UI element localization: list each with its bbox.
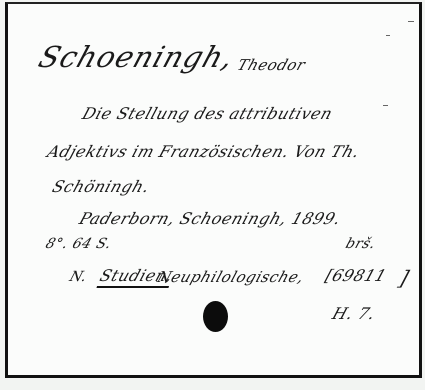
imprint: Paderborn, Schoeningh, 1899. (77, 209, 344, 228)
call-number-bracket: ] (396, 266, 412, 290)
volume-number: H. 7. (330, 304, 378, 323)
speck-mark (386, 35, 390, 36)
catalog-card: Schoeningh, Theodor Die Stellung des att… (5, 2, 422, 378)
call-number: [69811 (323, 266, 389, 285)
punch-hole (203, 301, 228, 332)
title-line-1: Die Stellung des attributiven (80, 104, 335, 123)
series-qualifier: Neuphilologische, (155, 268, 307, 286)
author-surname: Schoeningh, (34, 40, 239, 74)
title-line-2: Adjektivs im Französischen. Von Th. (45, 142, 362, 161)
series-prefix: N. (67, 269, 89, 285)
speck-mark (383, 105, 388, 106)
title-line-3: Schöningh. (50, 177, 152, 196)
author-forename: Theodor (235, 56, 308, 74)
speck-mark (408, 21, 414, 22)
format-pages: 8°. 64 S. (43, 236, 113, 252)
binding-note: brš. (343, 236, 377, 252)
